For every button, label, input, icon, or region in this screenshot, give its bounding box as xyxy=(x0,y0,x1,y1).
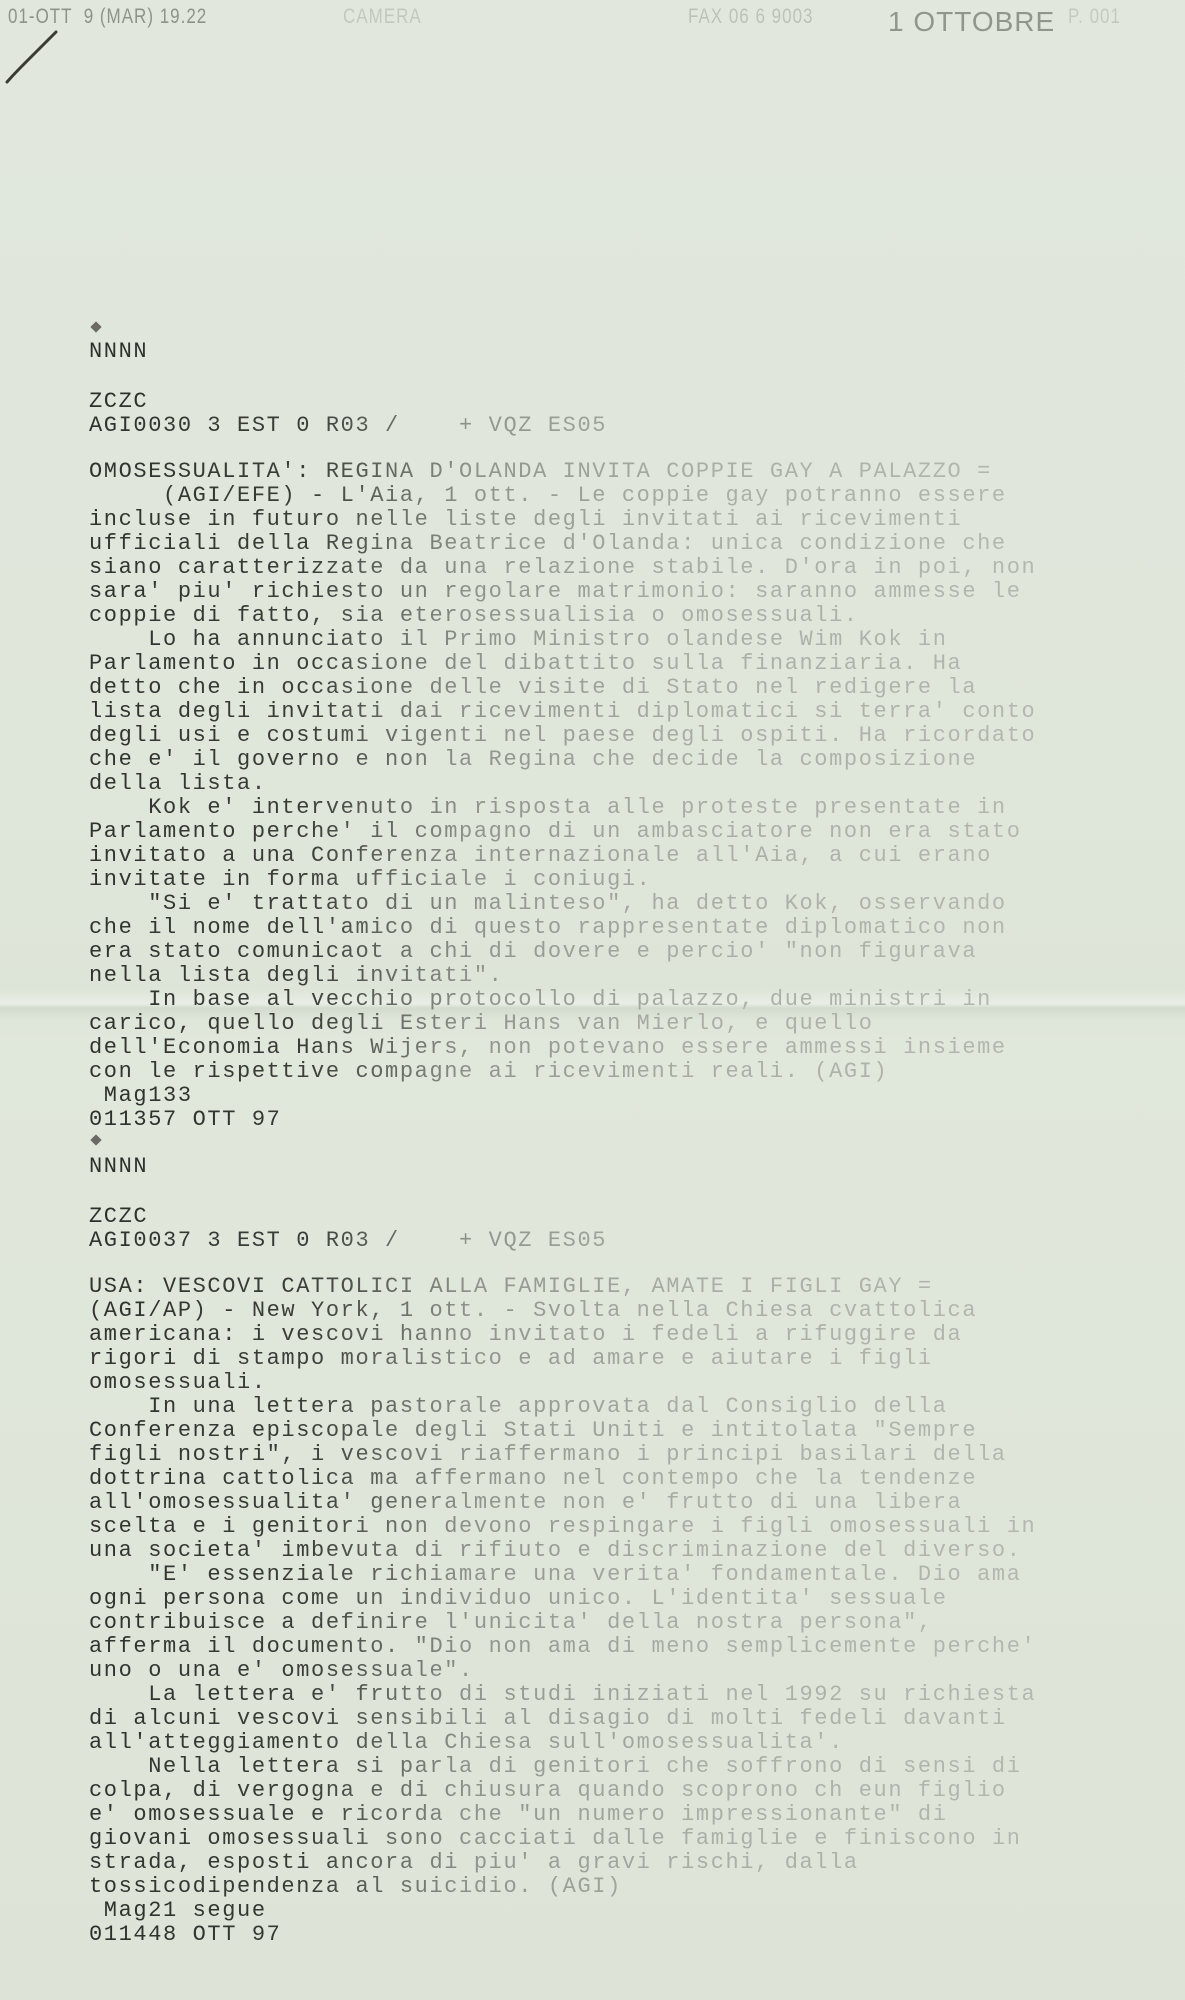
bulletin-text-line: scelta e i genitori non devono respingar… xyxy=(89,1515,1036,1539)
diamond-marker-icon xyxy=(90,321,101,332)
bulletin-text-line: con le rispettive compagne ai riceviment… xyxy=(89,1060,888,1084)
bulletin-headline: USA: VESCOVI CATTOLICI ALLA FAMIGLIE, AM… xyxy=(89,1275,933,1299)
bulletin-text-line: siano caratterizzate da una relazione st… xyxy=(89,556,1036,580)
bulletin-text-line: che e' il governo e non la Regina che de… xyxy=(89,748,977,772)
diamond-marker-icon xyxy=(90,1134,101,1145)
bulletin-text-line: "Si e' trattato di un malinteso", ha det… xyxy=(89,892,1007,916)
bulletin-text-line: di alcuni vescovi sensibili al disagio d… xyxy=(89,1707,1007,1731)
fax-sender: CAMERA xyxy=(343,4,422,29)
bulletin-text-line: figli nostri", i vescovi riaffermano i p… xyxy=(89,1443,1007,1467)
bulletin-text-line: Nella lettera si parla di genitori che s… xyxy=(89,1755,1022,1779)
bulletin-text-line: (AGI/AP) - New York, 1 ott. - Svolta nel… xyxy=(89,1299,977,1323)
bulletin-text-line: della lista. xyxy=(89,772,267,796)
pen-mark-icon xyxy=(4,30,60,86)
bulletin-text-line: all'omosessualita' generalmente non e' f… xyxy=(89,1491,962,1515)
start-marker: ZCZC xyxy=(89,390,148,414)
bulletin-headline: OMOSESSUALITA': REGINA D'OLANDA INVITA C… xyxy=(89,460,992,484)
bulletin-code-line: AGI0030 3 EST 0 R03 / + VQZ ES05 xyxy=(89,414,607,438)
bulletin-text-line: Conferenza episcopale degli Stati Uniti … xyxy=(89,1419,977,1443)
bulletin-text-line: detto che in occasione delle visite di S… xyxy=(89,676,977,700)
bulletin-text-line: (AGI/EFE) - L'Aia, 1 ott. - Le coppie ga… xyxy=(89,484,1007,508)
bulletin-text-line: incluse in futuro nelle liste degli invi… xyxy=(89,508,962,532)
bulletin-text-line: afferma il documento. "Dio non ama di me… xyxy=(89,1635,1036,1659)
bulletin-code-line: AGI0037 3 EST 0 R03 / + VQZ ES05 xyxy=(89,1229,607,1253)
bulletin-text-line: dell'Economia Hans Wijers, non potevano … xyxy=(89,1036,1007,1060)
bulletin-text-line: invitato a una Conferenza internazionale… xyxy=(89,844,992,868)
bulletin-text-line: lista degli invitati dai ricevimenti dip… xyxy=(89,700,1036,724)
bulletin-text-line: Parlamento perche' il compagno di un amb… xyxy=(89,820,1022,844)
bulletin-text-line: carico, quello degli Esteri Hans van Mie… xyxy=(89,1012,874,1036)
bulletin-text-line: invitate in forma ufficiale i coniugi. xyxy=(89,868,651,892)
bulletin-text-line: contribuisce a definire l'unicita' della… xyxy=(89,1611,933,1635)
handwritten-date-note: 1 OTTOBRE xyxy=(888,6,1055,38)
bulletin-text-line: una societa' imbevuta di rifiuto e discr… xyxy=(89,1539,1022,1563)
bulletin-text-line: Lo ha annunciato il Primo Ministro oland… xyxy=(89,628,948,652)
bulletin-text-line: tossicodipendenza al suicidio. (AGI) xyxy=(89,1875,622,1899)
bulletin-text-line: nella lista degli invitati". xyxy=(89,964,503,988)
fax-page: P. 001 xyxy=(1068,4,1121,29)
bulletin-text-line: americana: i vescovi hanno invitato i fe… xyxy=(89,1323,962,1347)
bulletin-text-line: In base al vecchio protocollo di palazzo… xyxy=(89,988,992,1012)
bulletin-text-line: uno o una e' omosessuale". xyxy=(89,1659,474,1683)
bulletin-text-line: che il nome dell'amico di questo rappres… xyxy=(89,916,1007,940)
start-marker: ZCZC xyxy=(89,1205,148,1229)
bulletin-text-line: era stato comunicaot a chi di dovere e p… xyxy=(89,940,977,964)
bulletin-text-line: ufficiali della Regina Beatrice d'Olanda… xyxy=(89,532,1007,556)
bulletin-text-line: sara' piu' richiesto un regolare matrimo… xyxy=(89,580,1022,604)
fax-number: FAX 06 6 9003 xyxy=(688,4,813,29)
bulletin-text-line: degli usi e costumi vigenti nel paese de… xyxy=(89,724,1036,748)
bulletin-text-line: "E' essenziale richiamare una verita' fo… xyxy=(89,1563,1022,1587)
bulletin-text-line: coppie di fatto, sia eterosessualisia o … xyxy=(89,604,859,628)
bulletin-text-line: In una lettera pastorale approvata dal C… xyxy=(89,1395,948,1419)
bulletin-text-line: all'atteggiamento della Chiesa sull'omos… xyxy=(89,1731,844,1755)
bulletin-text-line: dottrina cattolica ma affermano nel cont… xyxy=(89,1467,977,1491)
bulletin-signature: Mag21 segue xyxy=(89,1899,267,1923)
end-marker: NNNN xyxy=(89,1155,148,1179)
bulletin-timestamp: 011357 OTT 97 xyxy=(89,1108,281,1132)
bulletin-text-line: La lettera e' frutto di studi iniziati n… xyxy=(89,1683,1036,1707)
bulletin-text-line: omosessuali. xyxy=(89,1371,267,1395)
bulletin-signature: Mag133 xyxy=(89,1084,193,1108)
bulletin-text-line: Parlamento in occasione del dibattito su… xyxy=(89,652,962,676)
fax-stamp: 01-OTT 9 (MAR) 19.22 xyxy=(8,4,207,29)
bulletin-text-line: giovani omosessuali sono cacciati dalle … xyxy=(89,1827,1022,1851)
bulletin-text-line: e' omosessuale e ricorda che "un numero … xyxy=(89,1803,948,1827)
bulletin-text-line: ogni persona come un individuo unico. L'… xyxy=(89,1587,948,1611)
bulletin-text-line: strada, esposti ancora di piu' a gravi r… xyxy=(89,1851,859,1875)
end-marker: NNNN xyxy=(89,340,148,364)
bulletin-timestamp: 011448 OTT 97 xyxy=(89,1923,281,1947)
bulletin-text-line: rigori di stampo moralistico e ad amare … xyxy=(89,1347,933,1371)
bulletin-text-line: colpa, di vergogna e di chiusura quando … xyxy=(89,1779,1007,1803)
bulletin-text-line: Kok e' intervenuto in risposta alle prot… xyxy=(89,796,1007,820)
